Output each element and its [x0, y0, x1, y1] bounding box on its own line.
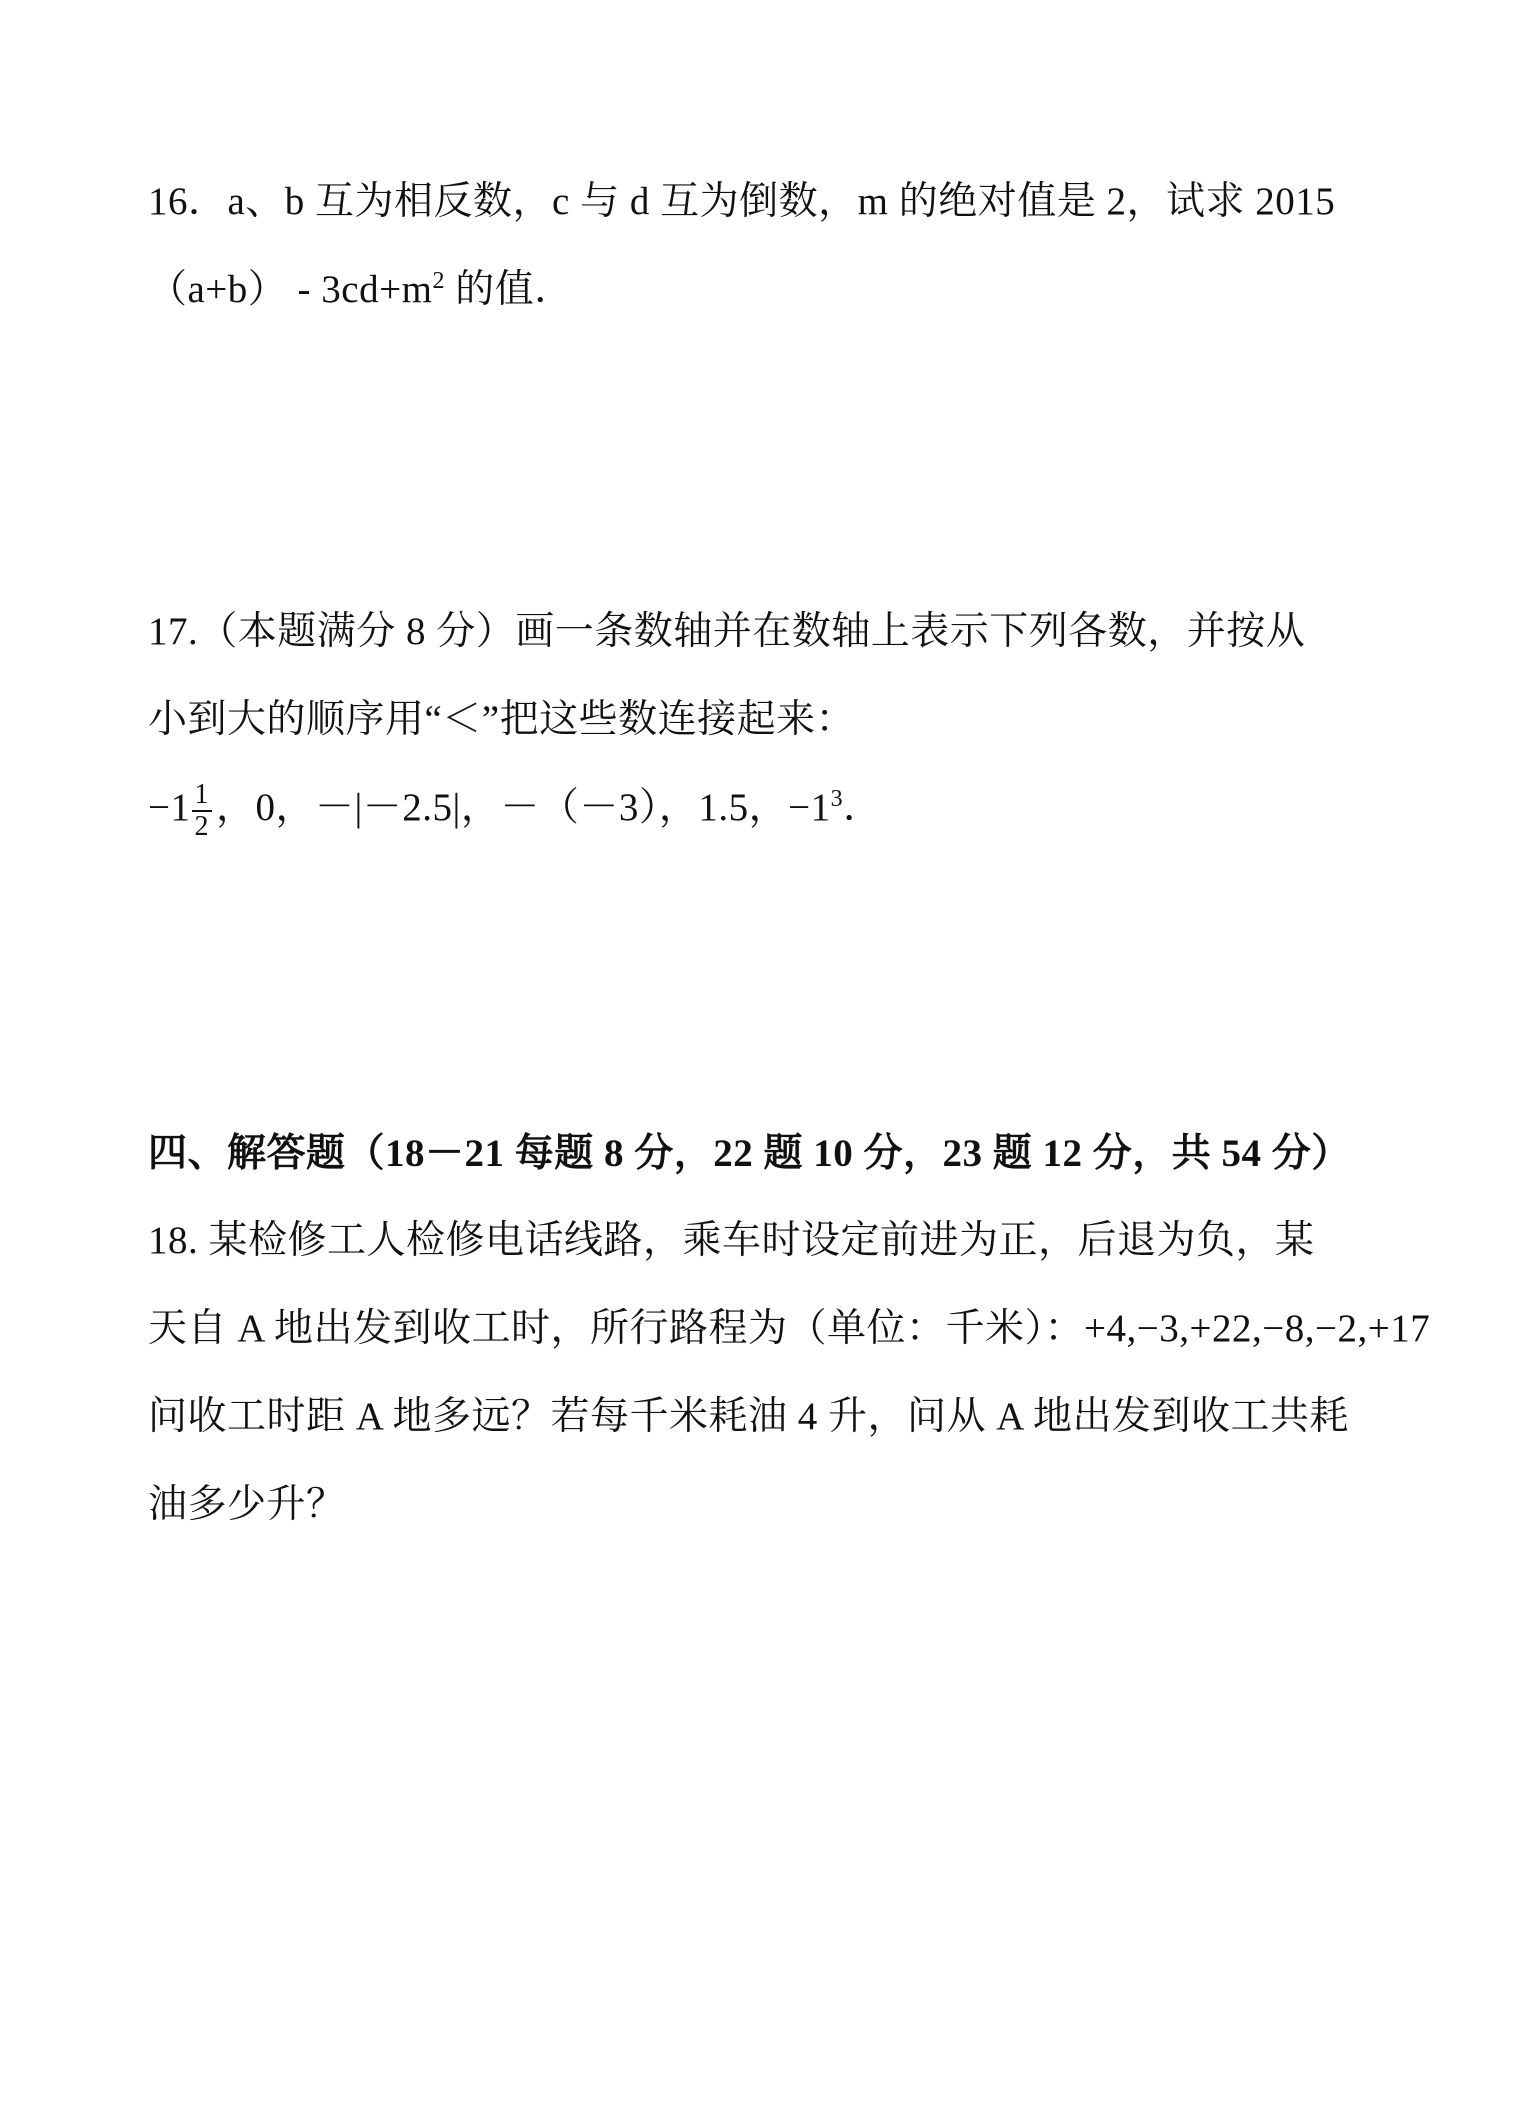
section-4-header: 四、解答题（18－21 每题 8 分，22 题 10 分，23 题 12 分，共… [148, 1110, 1396, 1198]
question-17-text-line-2: 小到大的顺序用“＜”把这些数连接起来： [148, 676, 1396, 764]
question-17-number-list: −112，0，－|－2.5|，－（－3），1.5，−13． [148, 764, 1396, 852]
question-16-formula-pre: （a+b） - 3cd+m [148, 268, 432, 311]
number-list-end: ． [843, 786, 883, 829]
question-16: 16．a、b 互为相反数，c 与 d 互为倒数，m 的绝对值是 2，试求 201… [148, 158, 1396, 334]
question-18-text-line-4: 油多少升？ [148, 1461, 1396, 1549]
question-18-text-line-2: 天自 A 地出发到收工时，所行路程为（单位：千米）：+4,−3,+22,−8,−… [148, 1285, 1396, 1373]
fraction-denominator: 2 [192, 810, 213, 842]
question-18-text-line-3: 问收工时距 A 地多远？若每千米耗油 4 升，问从 A 地出发到收工共耗 [148, 1373, 1396, 1461]
question-18-text-line-1: 18. 某检修工人检修电话线路，乘车时设定前进为正，后退为负，某 [148, 1197, 1396, 1285]
exam-paper-page: 16．a、b 互为相反数，c 与 d 互为倒数，m 的绝对值是 2，试求 201… [0, 0, 1536, 2127]
question-16-text-line-1: 16．a、b 互为相反数，c 与 d 互为倒数，m 的绝对值是 2，试求 201… [148, 158, 1396, 246]
fraction-one-half: 12 [192, 780, 213, 842]
question-16-formula-post: 的值． [445, 268, 574, 311]
question-16-formula-line: （a+b） - 3cd+m2 的值． [148, 246, 1396, 334]
number-list-middle: ，0，－|－2.5|，－（－3），1.5，−1 [216, 786, 831, 829]
number-list-lead: −1 [148, 786, 191, 829]
section-4-heading-text: 四、解答题（18－21 每题 8 分，22 题 10 分，23 题 12 分，共… [148, 1110, 1396, 1198]
question-16-formula-exponent: 2 [432, 268, 445, 294]
question-18: 18. 某检修工人检修电话线路，乘车时设定前进为正，后退为负，某 天自 A 地出… [148, 1197, 1396, 1549]
number-list-exponent: 3 [831, 786, 844, 812]
question-17: 17.（本题满分 8 分）画一条数轴并在数轴上表示下列各数，并按从 小到大的顺序… [148, 588, 1396, 852]
question-17-text-line-1: 17.（本题满分 8 分）画一条数轴并在数轴上表示下列各数，并按从 [148, 588, 1396, 676]
fraction-numerator: 1 [192, 780, 213, 810]
